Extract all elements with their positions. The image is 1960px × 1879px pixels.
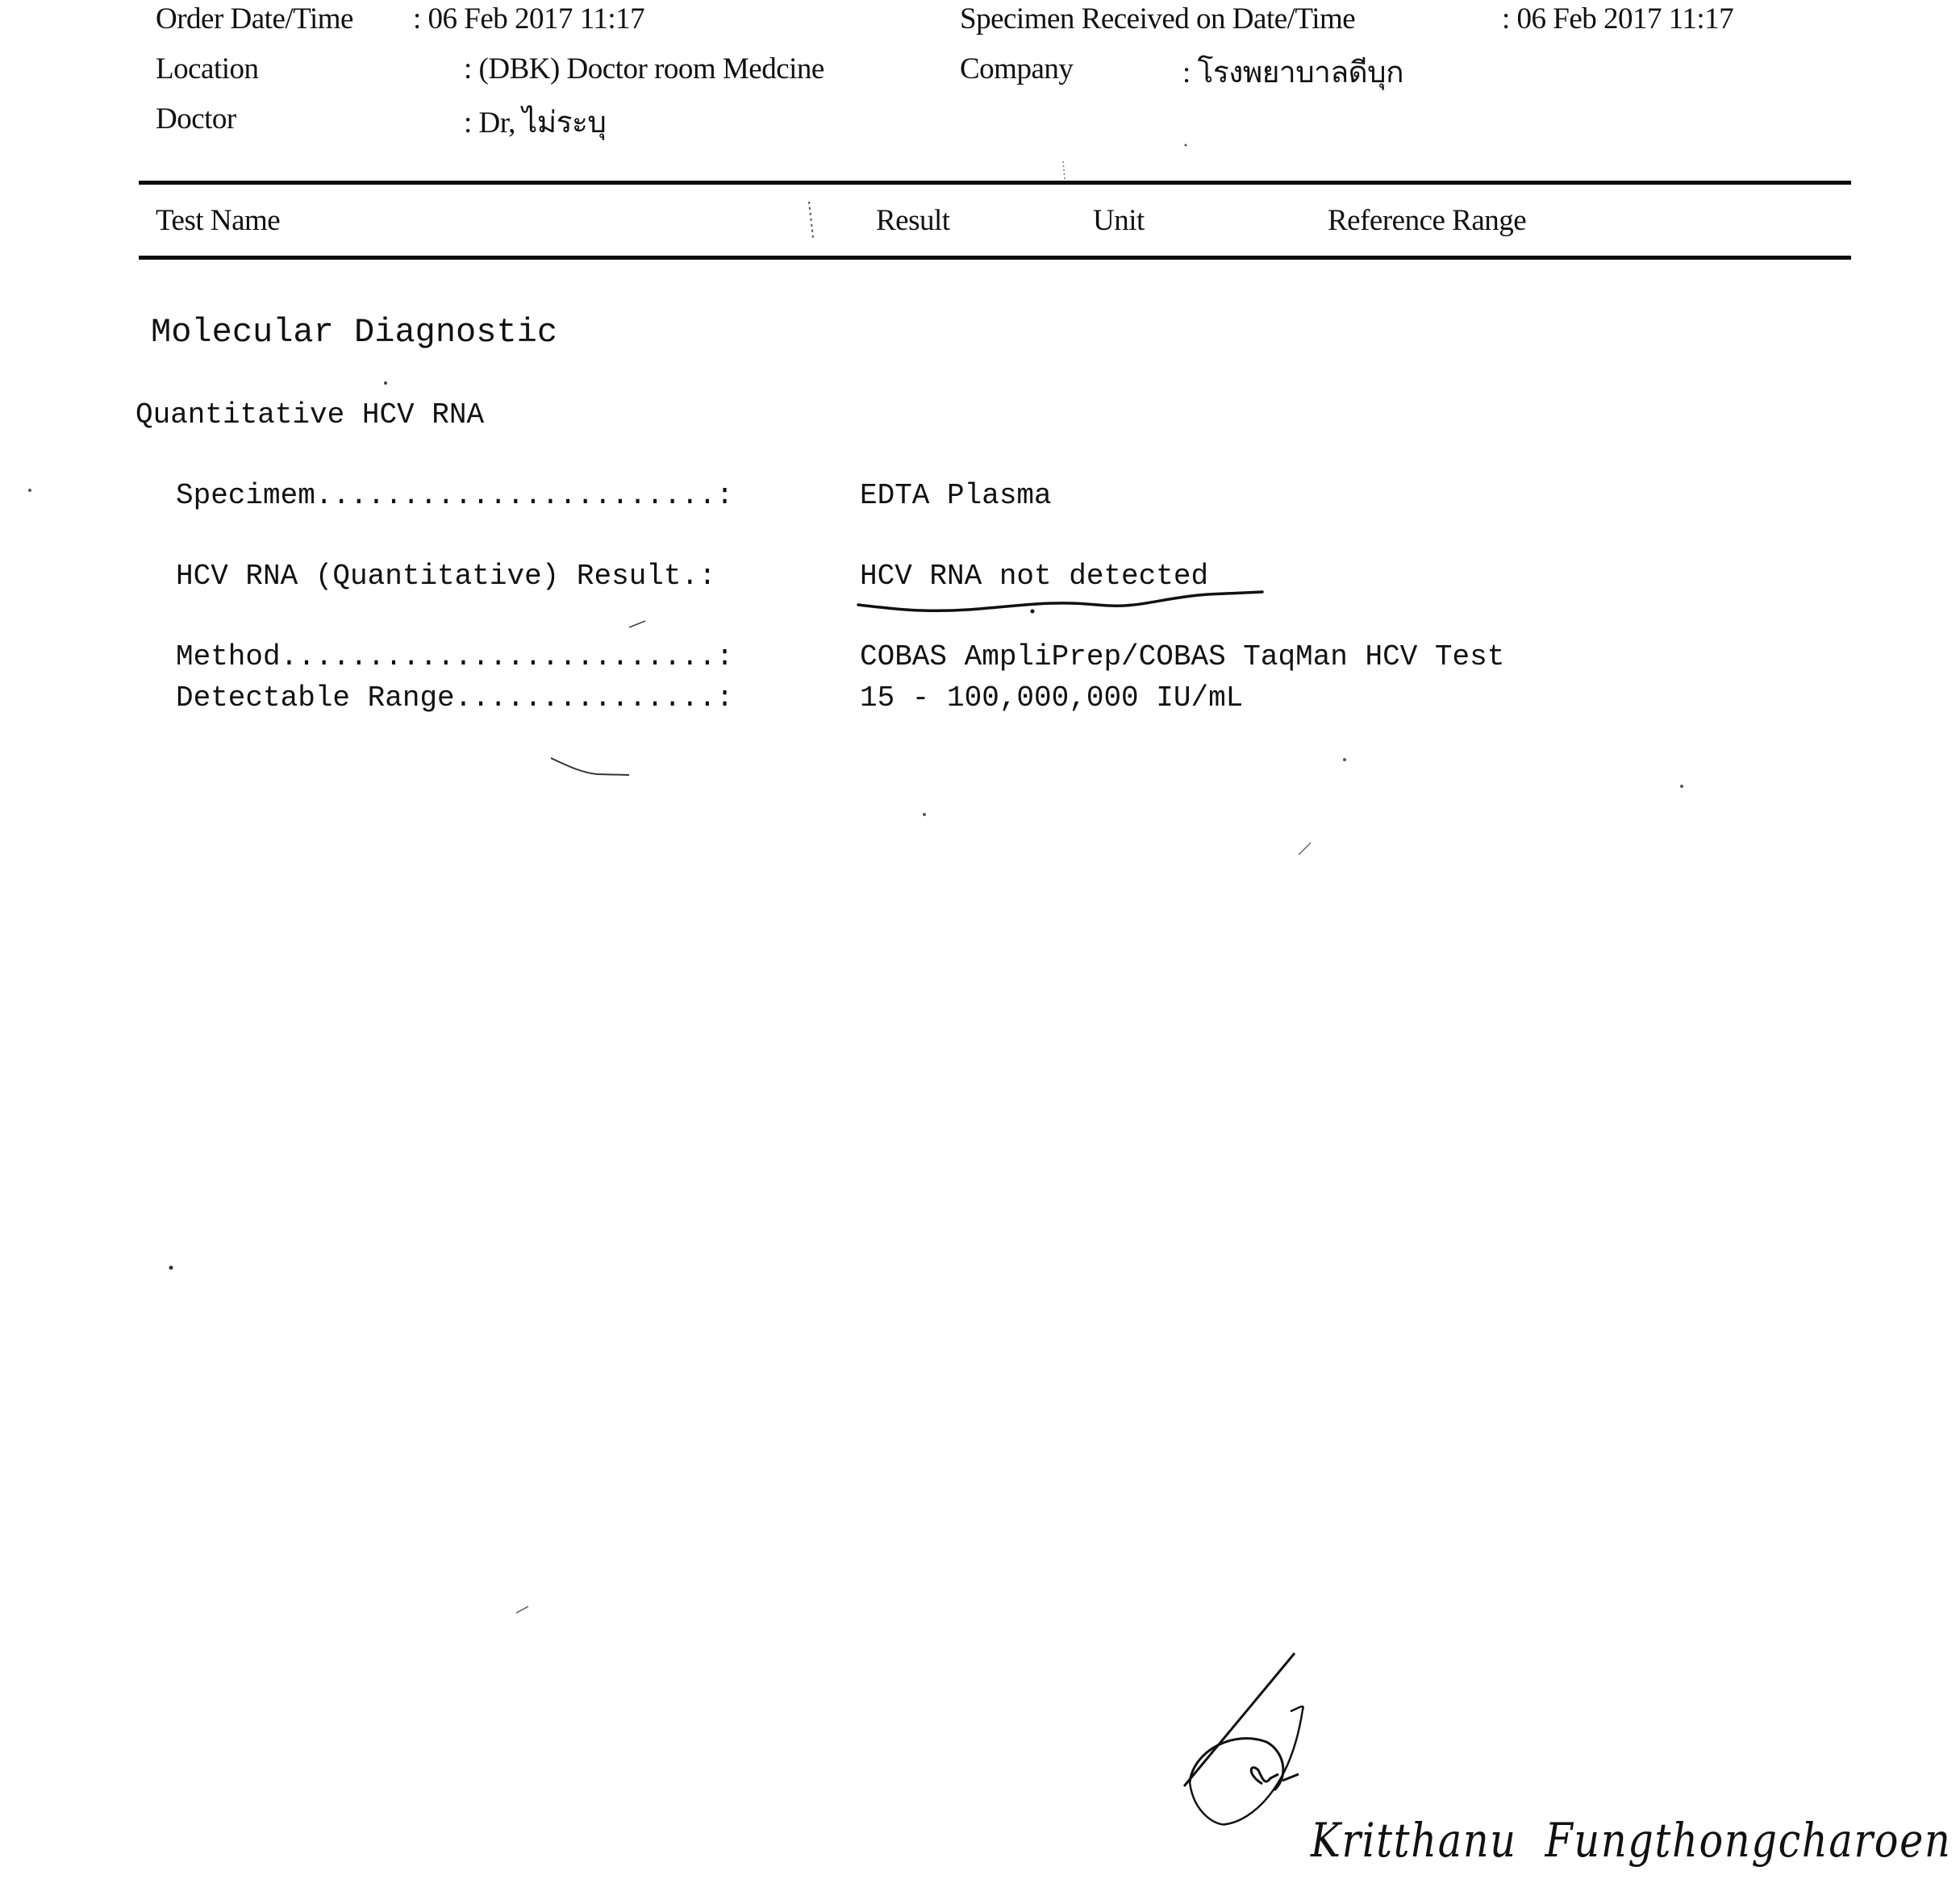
scan-noise — [0, 0, 1960, 1879]
signature-name: Kritthanu Fungthongcharoen . MD — [1311, 1813, 1960, 1868]
